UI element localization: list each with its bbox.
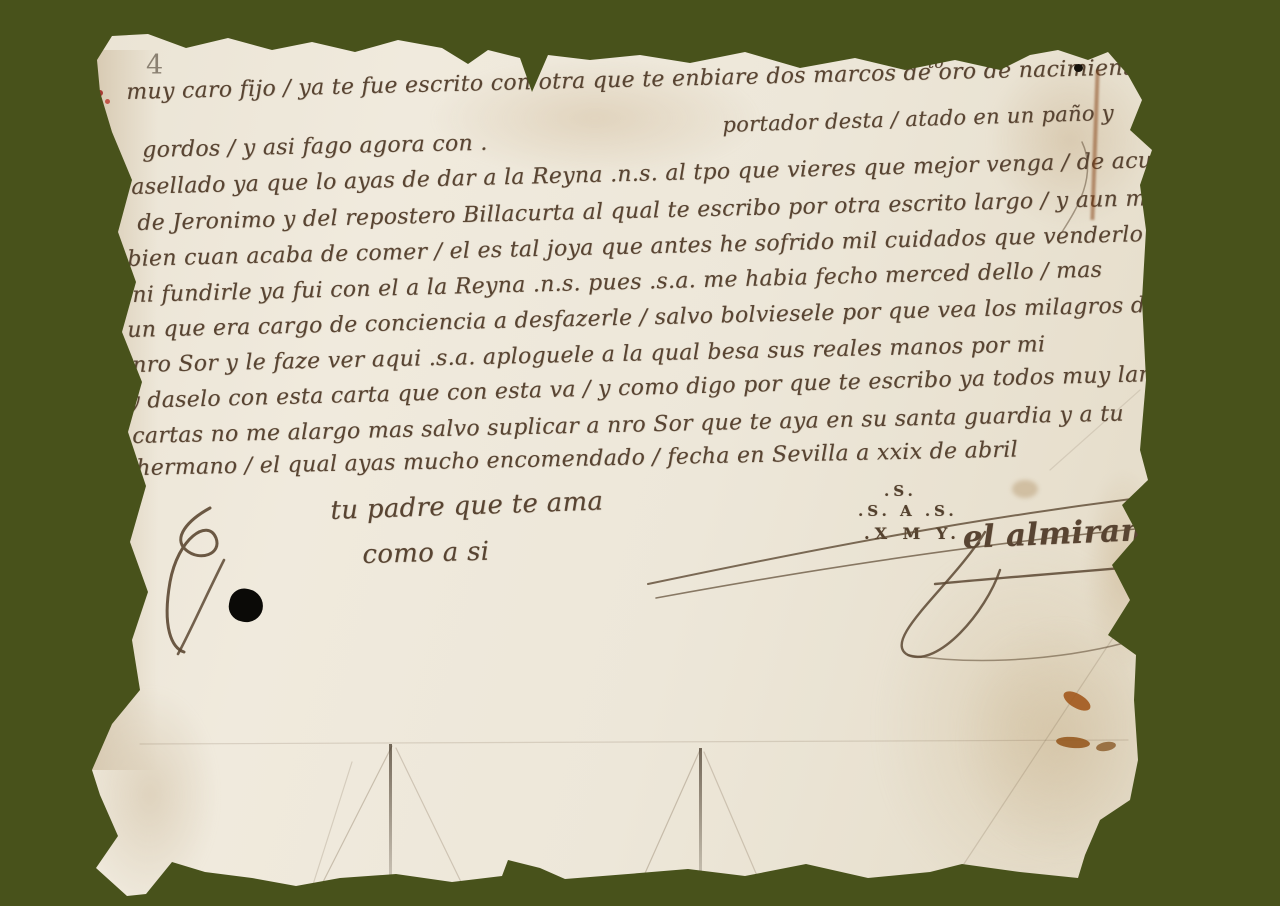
archival-number: 4 — [146, 50, 163, 81]
signature-tail — [908, 640, 1135, 661]
parchment-letter: 4 to muy caro fijo / ya te fue escrito c… — [0, 0, 1280, 906]
stain — [85, 690, 215, 900]
dark-speck — [91, 83, 95, 87]
red-speck — [97, 90, 103, 96]
signature-underline — [935, 556, 1248, 584]
stain — [960, 620, 1160, 860]
crease-line — [396, 748, 462, 884]
rust-spot — [1095, 740, 1116, 752]
stain — [1012, 480, 1038, 498]
stain — [880, 545, 1170, 905]
manuscript-line: gordos / y asi fago agora con . — [142, 131, 488, 163]
rust-spot — [1061, 687, 1094, 714]
red-speck — [105, 99, 110, 104]
worm-hole — [226, 586, 266, 625]
crease-line — [322, 746, 392, 884]
closing-line-2: como a si — [362, 537, 490, 570]
rust-spot — [1056, 736, 1091, 750]
crease-line — [642, 750, 700, 880]
crease-line — [140, 740, 1128, 744]
fold-crease-vertical-2 — [699, 748, 702, 882]
sigla-row-3: .X M Y. — [864, 524, 961, 543]
manuscript-line: muy caro fijo / ya te fue escrito con ot… — [126, 51, 1280, 105]
manuscript-photo: 4 to muy caro fijo / ya te fue escrito c… — [0, 0, 1280, 906]
manuscript-line: portador desta / atado en un paño y — [722, 101, 1114, 137]
crease-line — [310, 762, 352, 894]
fold-crease-vertical-1 — [389, 744, 392, 884]
sigla-row-1: .S. — [884, 482, 917, 500]
paraph-mark — [167, 508, 217, 652]
crease-line — [704, 752, 758, 878]
stain — [1085, 470, 1160, 670]
admiral-signature: el almirante — [962, 511, 1179, 556]
paraph-mark — [178, 560, 224, 654]
closing-line-1: tu padre que te ama — [330, 486, 604, 526]
sigla-row-2: .S. A .S. — [858, 502, 958, 520]
crease-line — [952, 600, 1138, 882]
